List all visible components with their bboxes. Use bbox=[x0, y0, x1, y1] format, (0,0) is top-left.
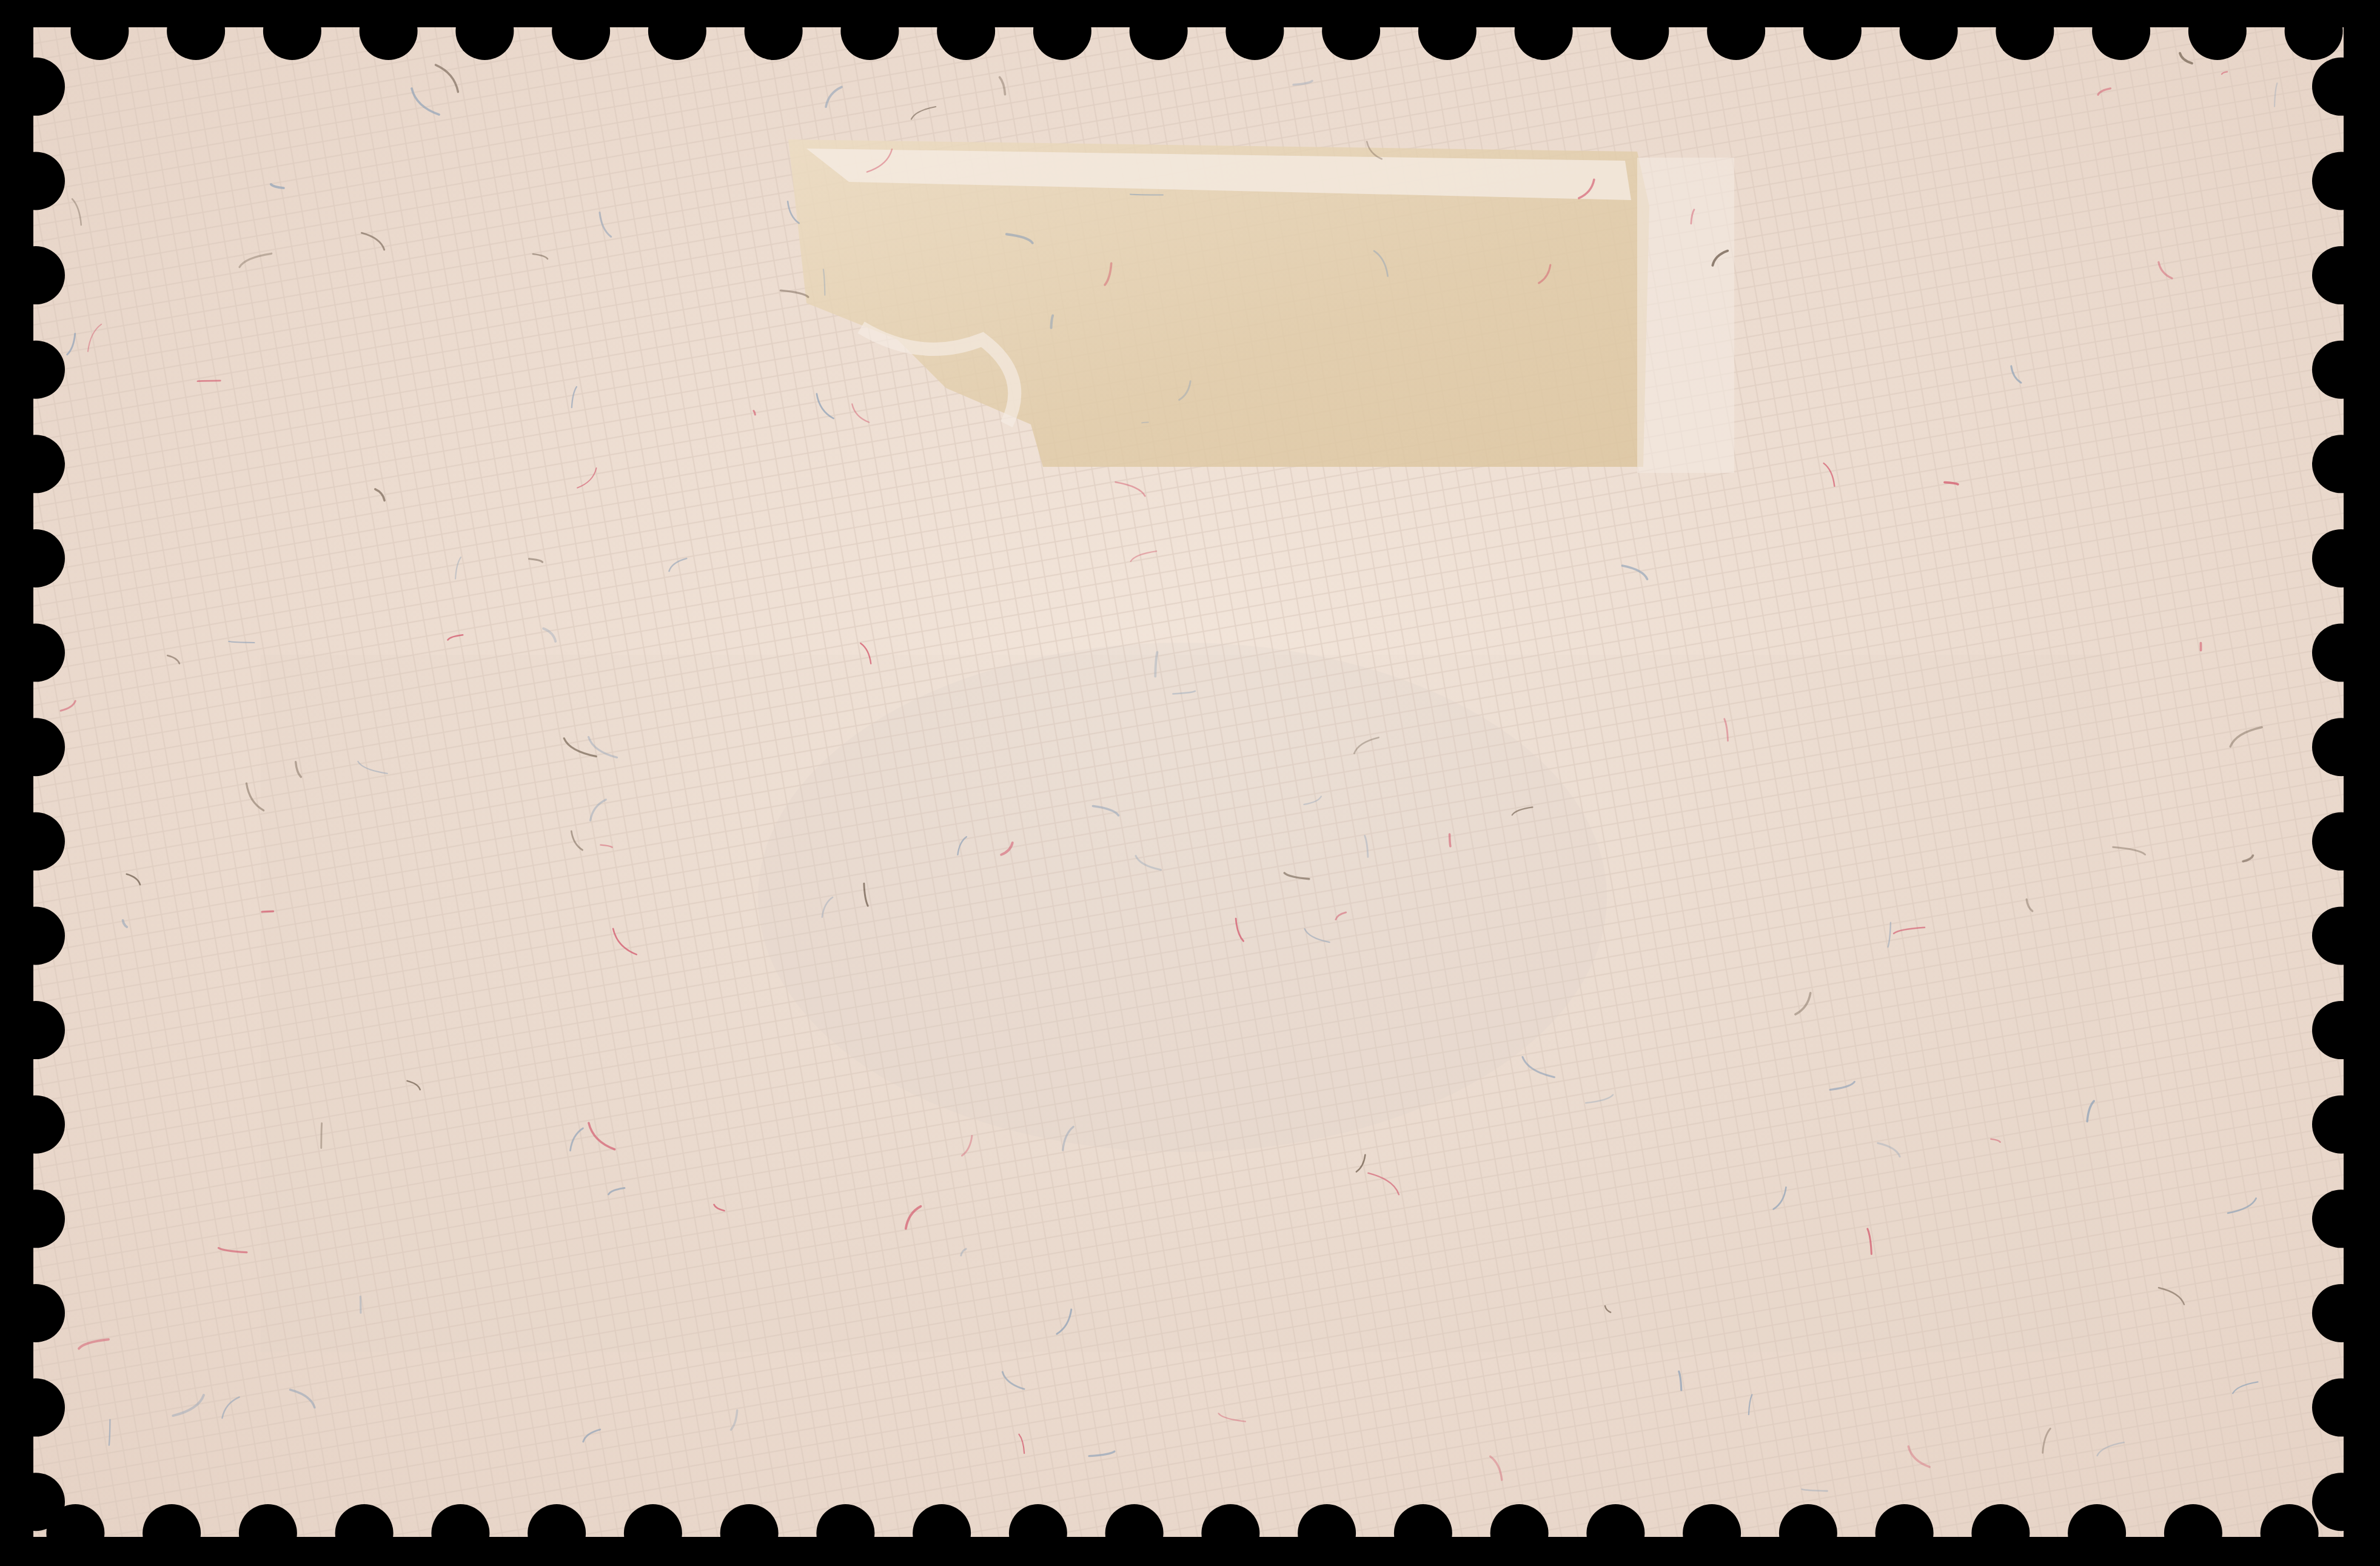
stamp-photo bbox=[0, 0, 2380, 1566]
stamp-paper bbox=[0, 0, 2380, 1566]
stamp-back-image bbox=[0, 0, 2380, 1566]
